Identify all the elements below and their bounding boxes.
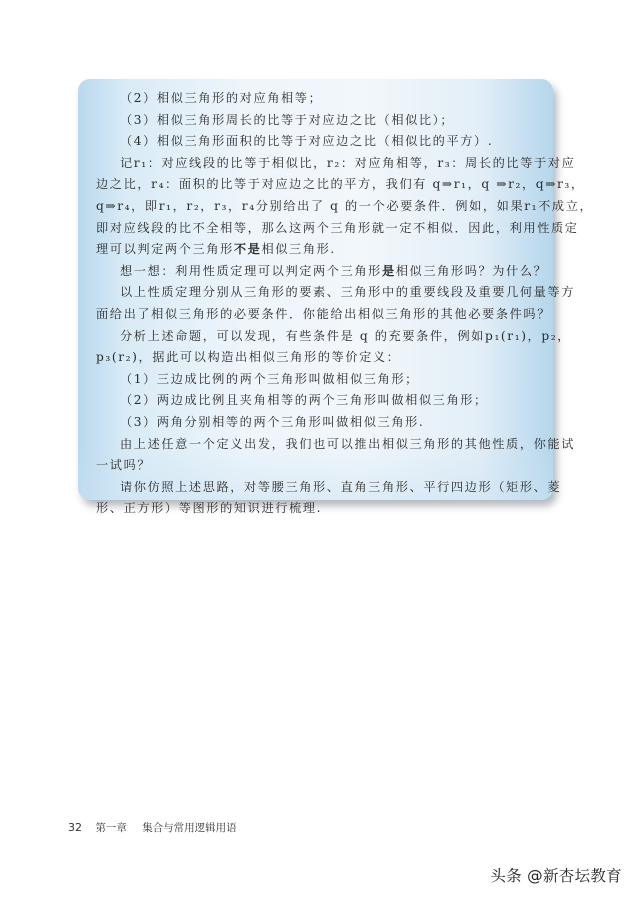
- text-line: 记r₁：对应线段的比等于相似比，r₂：对应角相等，r₃：周长的比等于对应: [96, 153, 546, 175]
- emphasis-text: 不是: [234, 242, 262, 256]
- text-span: 相似三角形吗？为什么？: [396, 264, 548, 278]
- text-span: 想一想：利用性质定理可以判定两个三角形: [120, 264, 382, 278]
- text-line: 边之比，r₄：面积的比等于对应边之比的平方，我们有 q⇒r₁，q ⇒r₂，q⇒r…: [96, 174, 546, 196]
- text-line: 形、正方形）等图形的知识进行梳理.: [96, 498, 546, 520]
- think-question: 想一想：利用性质定理可以判定两个三角形是相似三角形吗？为什么？: [96, 261, 546, 283]
- emphasis-text: 是: [382, 264, 396, 278]
- chapter-label: 第一章: [95, 822, 127, 834]
- text-line: 由上述任意一个定义出发，我们也可以推出相似三角形的其他性质，你能试: [96, 434, 546, 456]
- text-line: （2）相似三角形的对应角相等；: [96, 88, 546, 110]
- text-line: （3）相似三角形周长的比等于对应边之比（相似比）；: [96, 110, 546, 132]
- text-line: 理可以判定两个三角形不是相似三角形.: [96, 239, 546, 261]
- text-line: 即对应线段的比不全相等，那么这两个三角形就一定不相似．因此，利用性质定: [96, 218, 546, 240]
- text-line: q⇒r₄，即r₁，r₂，r₃，r₄分别给出了 q 的一个必要条件．例如，如果r₁…: [96, 196, 546, 218]
- page-number: 32: [68, 821, 82, 834]
- text-span: 理可以判定两个三角形: [96, 242, 234, 256]
- text-line: 面给出了相似三角形的必要条件．你能给出相似三角形的其他必要条件吗？: [96, 304, 546, 326]
- page-footer: 32 第一章 集合与常用逻辑用语: [68, 820, 237, 835]
- text-line: 以上性质定理分别从三角形的要素、三角形中的重要线段及重要几何量等方: [96, 282, 546, 304]
- definition-item: （2）两边成比例且夹角相等的两个三角形叫做相似三角形；: [96, 390, 546, 412]
- discussion-content: （2）相似三角形的对应角相等； （3）相似三角形周长的比等于对应边之比（相似比）…: [96, 88, 546, 520]
- text-line: 一试吗？: [96, 455, 546, 477]
- text-span: 相似三角形.: [261, 242, 335, 256]
- definition-item: （1）三边成比例的两个三角形叫做相似三角形；: [96, 369, 546, 391]
- text-line: 分析上述命题，可以发现，有些条件是 q 的充要条件，例如p₁(r₁)，p₂，: [96, 326, 546, 348]
- text-line: （4）相似三角形面积的比等于对应边之比（相似比的平方）.: [96, 131, 546, 153]
- watermark: 头条 @新杏坛教育: [490, 864, 622, 886]
- text-line: 请你仿照上述思路，对等腰三角形、直角三角形、平行四边形（矩形、菱: [96, 477, 546, 499]
- text-line: p₃(r₂)，据此可以构造出相似三角形的等价定义：: [96, 347, 546, 369]
- definition-item: （3）两角分别相等的两个三角形叫做相似三角形.: [96, 412, 546, 434]
- chapter-title: 集合与常用逻辑用语: [142, 822, 237, 834]
